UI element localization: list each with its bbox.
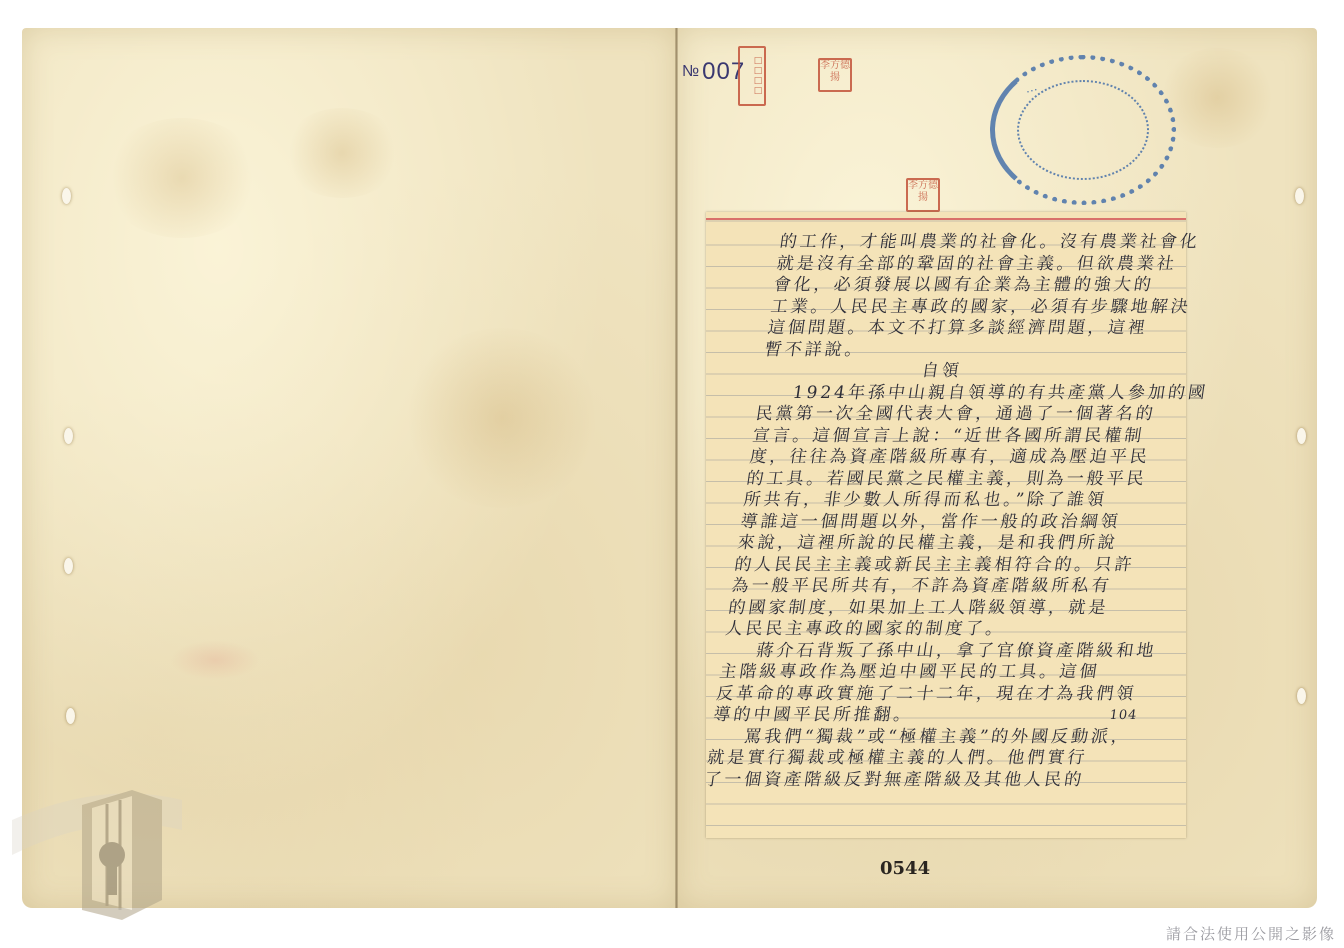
handwritten-sheet: 的工作，才能叫農業的社會化。沒有農業社會化就是沒有全部的鞏固的社會主義。但欲農業… — [706, 212, 1186, 838]
text-line: 來說，這裡所說的民權主義，是和我們所說 — [736, 533, 1171, 555]
text-line: 的人民民主主義或新民主主義相符合的。只許 — [733, 555, 1168, 577]
text-line: 為一般平民所共有，不許為資產階級所私有 — [730, 576, 1165, 598]
stamp-inner-ring — [1017, 80, 1149, 180]
serial-prefix: № — [682, 63, 700, 80]
text-line: 1924年孫中山親自領導的有共產黨人參加的國 — [757, 383, 1192, 405]
archive-logo-watermark — [12, 760, 182, 930]
text-line: 這個問題。本文不打算多談經濟問題，這裡 — [766, 318, 1201, 340]
text-line: 就是實行獨裁或極權主義的人們。他們實行 — [706, 748, 1141, 770]
binding-hole — [1295, 188, 1304, 204]
handwritten-text: 的工作，才能叫農業的社會化。沒有農業社會化就是沒有全部的鞏固的社會主義。但欲農業… — [703, 232, 1214, 791]
red-seal-tall: □□□□ — [738, 46, 766, 106]
paper-stain — [102, 118, 262, 238]
binding-hole — [1297, 688, 1306, 704]
text-line: 的工作，才能叫農業的社會化。沒有農業社會化 — [778, 232, 1213, 254]
text-line: 反革命的專政實施了二十二年，現在才為我們領 — [715, 684, 1150, 706]
text-line: 會化，必須發展以國有企業為主體的強大的 — [772, 275, 1207, 297]
binding-hole — [1297, 428, 1306, 444]
usage-notice: 請合法使用公開之影像 — [1166, 923, 1336, 944]
blue-postmark-stamp: … — [990, 55, 1176, 205]
text-line: 度，往往為資產階級所專有，適成為壓迫平民 — [748, 447, 1183, 469]
text-line: 的工具。若國民黨之民權主義，則為一般平民 — [745, 469, 1180, 491]
text-line: 暫不詳說。 — [763, 340, 1198, 362]
text-line: 宣言。這個宣言上說：“近世各國所謂民權制 — [751, 426, 1186, 448]
serial-number: №007 — [682, 58, 745, 86]
paper-stain — [402, 328, 602, 508]
text-line: 導誰這一個問題以外，當作一般的政治綱領 — [739, 512, 1174, 534]
header-red-rule — [706, 218, 1186, 220]
text-line: 的國家制度，如果加上工人階級領導，就是 — [727, 598, 1162, 620]
red-seal-square-top: 李方德揚 — [818, 58, 852, 92]
binding-hole — [64, 558, 73, 574]
sheet-page-number: 104 — [1108, 705, 1139, 727]
binding-hole — [64, 428, 73, 444]
text-line: 蔣介石背叛了孫中山，拿了官僚資產階級和地 — [721, 641, 1156, 663]
archive-page-number: 0544 — [880, 858, 930, 879]
text-line: 民黨第一次全國代表大會，通過了一個著名的 — [754, 404, 1189, 426]
text-line: 主階級專政作為壓迫中國平民的工具。這個 — [718, 662, 1153, 684]
spine-fold — [675, 28, 678, 908]
text-line: 罵我們“獨裁”或“極權主義”的外國反動派， — [709, 727, 1144, 749]
red-seal-square-sheet: 李方德揚 — [906, 178, 940, 212]
binding-hole — [62, 188, 71, 204]
text-line: 自領 — [760, 361, 1195, 383]
faint-red-mark — [170, 640, 260, 680]
text-line: 導的中國平民所推翻。 — [712, 705, 1147, 727]
binding-hole — [66, 708, 75, 724]
text-line: 就是沒有全部的鞏固的社會主義。但欲農業社 — [775, 254, 1210, 276]
paper-stain — [282, 108, 402, 198]
text-line: 所共有，非少數人所得而私也。”除了誰領 — [742, 490, 1177, 512]
text-line: 人民民主專政的國家的制度了。 — [724, 619, 1159, 641]
text-line: 工業。人民民主專政的國家，必須有步驟地解決 — [769, 297, 1204, 319]
text-line: 了一個資產階級反對無產階級及其他人民的 — [703, 770, 1138, 792]
